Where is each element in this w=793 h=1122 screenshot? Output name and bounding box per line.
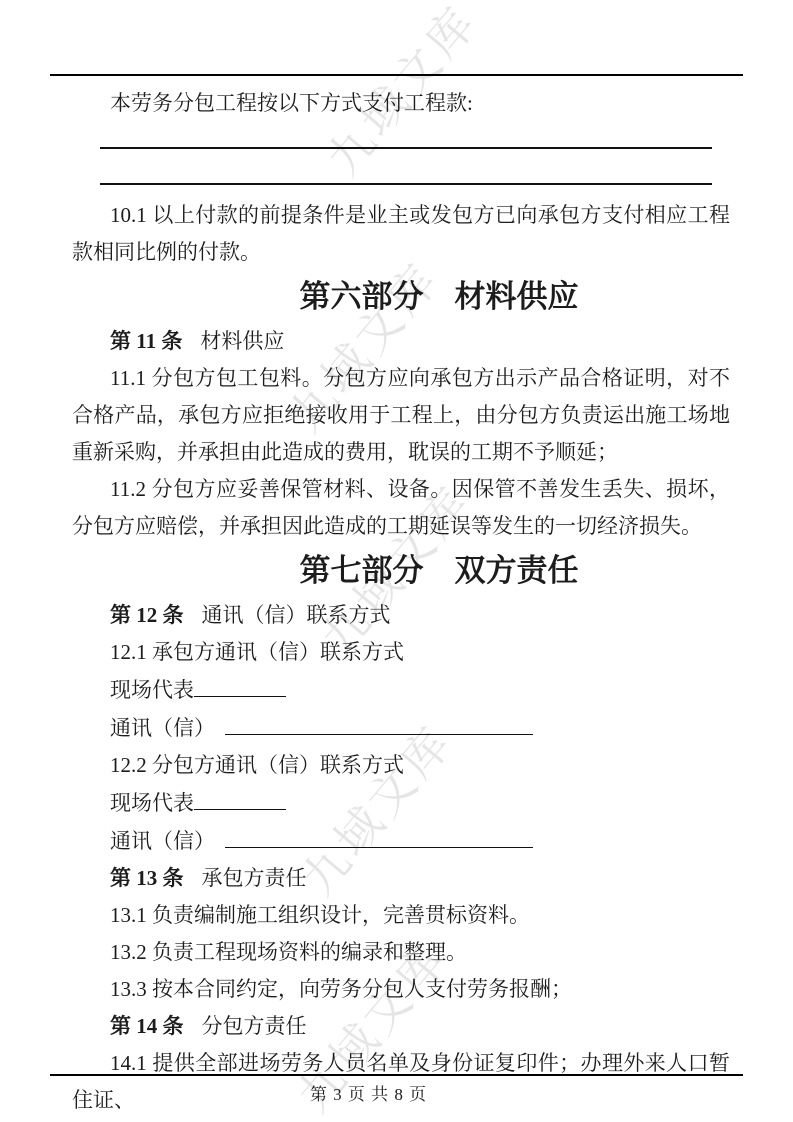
blank-field [225, 709, 533, 735]
document-page: 九域文库 九域文库 九域文库 九域文库 九域文库 本劳务分包工程按以下方式支付工… [0, 0, 793, 1122]
field-label: 现场代表 [110, 678, 194, 702]
field-site-representative: 现场代表 [72, 784, 730, 822]
blank-line [100, 122, 712, 149]
clause-10-1: 10.1 以上付款的前提条件是业主或发包方已向承包方支付相应工程款相同比例的付款… [72, 197, 730, 271]
field-communication: 通讯（信） [72, 822, 730, 860]
clause-13-1: 13.1 负责编制施工组织设计，完善贯标资料。 [72, 897, 730, 934]
field-label: 通讯（信） [110, 716, 215, 740]
footer-rule [50, 1074, 743, 1076]
field-label: 通讯（信） [110, 829, 215, 853]
field-label: 现场代表 [110, 791, 194, 815]
clause-11-2: 11.2 分包方应妥善保管材料、设备。因保管不善发生丢失、损坏，分包方应赔偿，并… [72, 471, 730, 545]
part7-heading: 第七部分 双方责任 [110, 549, 768, 593]
article-11-title: 材料供应 [200, 329, 284, 353]
field-communication: 通讯（信） [72, 709, 730, 747]
clause-13-2: 13.2 负责工程现场资料的编录和整理。 [72, 934, 730, 971]
article-12-title: 通讯（信）联系方式 [202, 603, 391, 627]
article-14: 第 14 条分包方责任 [72, 1008, 730, 1045]
article-12: 第 12 条通讯（信）联系方式 [72, 597, 730, 634]
article-11: 第 11 条材料供应 [72, 323, 730, 360]
document-body: 本劳务分包工程按以下方式支付工程款: 10.1 以上付款的前提条件是业主或发包方… [72, 75, 730, 1119]
blank-field [225, 822, 533, 848]
article-12-number: 第 12 条 [110, 603, 184, 627]
article-11-number: 第 11 条 [110, 329, 182, 353]
article-14-title: 分包方责任 [202, 1014, 307, 1038]
part6-heading: 第六部分 材料供应 [110, 275, 768, 319]
article-14-number: 第 14 条 [110, 1014, 184, 1038]
clause-12-1: 12.1 承包方通讯（信）联系方式 [72, 634, 730, 671]
blank-field [194, 784, 286, 810]
article-13: 第 13 条承包方责任 [72, 860, 730, 897]
clause-12-2: 12.2 分包方通讯（信）联系方式 [72, 747, 730, 784]
blank-line [100, 149, 712, 185]
page-number: 第 3 页 共 8 页 [0, 1080, 737, 1105]
article-13-number: 第 13 条 [110, 866, 184, 890]
clause-13-3: 13.3 按本合同约定，向劳务分包人支付劳务报酬； [72, 971, 730, 1008]
blank-field [194, 671, 286, 697]
article-13-title: 承包方责任 [202, 866, 307, 890]
field-site-representative: 现场代表 [72, 671, 730, 709]
intro-paragraph: 本劳务分包工程按以下方式支付工程款: [72, 85, 730, 122]
header-rule [50, 74, 743, 76]
clause-11-1: 11.1 分包方包工包料。分包方应向承包方出示产品合格证明，对不合格产品，承包方… [72, 360, 730, 471]
